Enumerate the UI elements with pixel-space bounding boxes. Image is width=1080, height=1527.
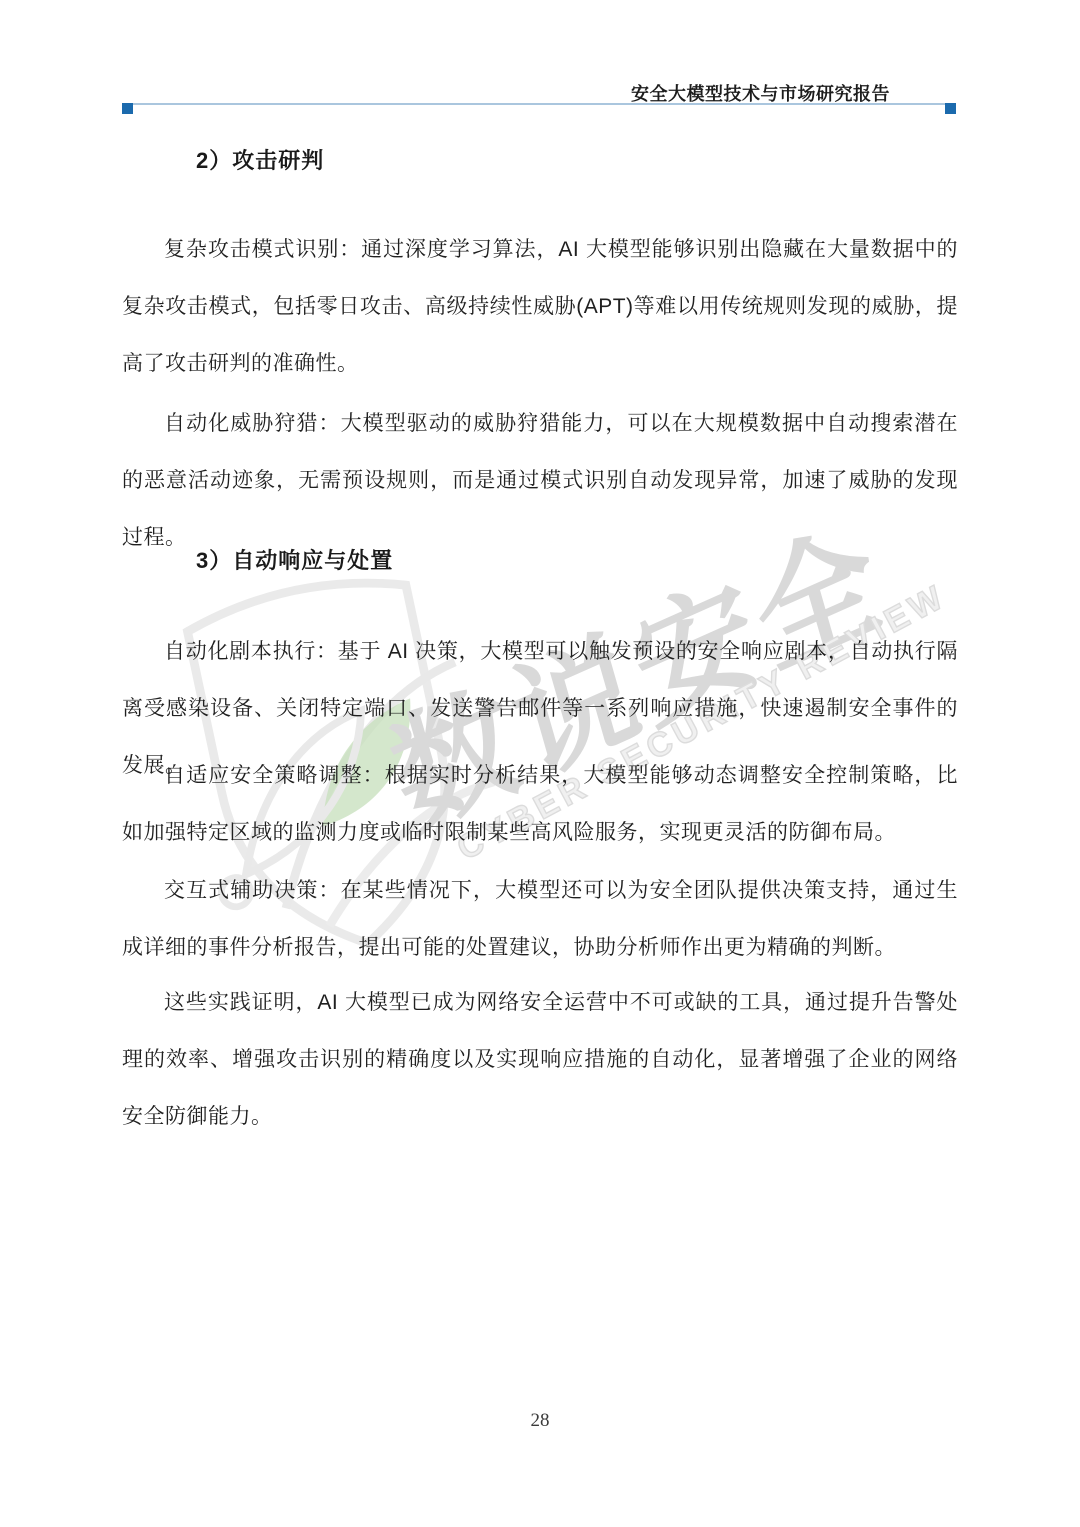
paragraph-interactive-decision-support: 交互式辅助决策：在某些情况下，大模型还可以为安全团队提供决策支持，通过生成详细的… (122, 862, 958, 976)
section-heading-attack-analysis: 2）攻击研判 (196, 146, 324, 176)
paragraph-complex-attack-pattern: 复杂攻击模式识别：通过深度学习算法，AI 大模型能够识别出隐藏在大量数据中的复杂… (122, 221, 958, 392)
report-page: 数说安全 CYBER SECURITY REVIEW 安全大模型技术与市场研究报… (0, 0, 1080, 1527)
paragraph-automated-threat-hunting: 自动化威胁狩猎：大模型驱动的威胁狩猎能力，可以在大规模数据中自动搜索潜在的恶意活… (122, 395, 958, 566)
paragraph-closing-summary: 这些实践证明，AI 大模型已成为网络安全运营中不可或缺的工具，通过提升告警处理的… (122, 974, 958, 1145)
header-rule-right-square-icon (945, 103, 956, 114)
page-number: 28 (0, 1410, 1080, 1432)
paragraph-adaptive-policy: 自适应安全策略调整：根据实时分析结果，大模型能够动态调整安全控制策略，比如加强特… (122, 747, 958, 861)
section-heading-auto-response: 3）自动响应与处置 (196, 546, 393, 576)
header-rule-left-square-icon (122, 103, 133, 114)
header-rule (133, 103, 953, 105)
